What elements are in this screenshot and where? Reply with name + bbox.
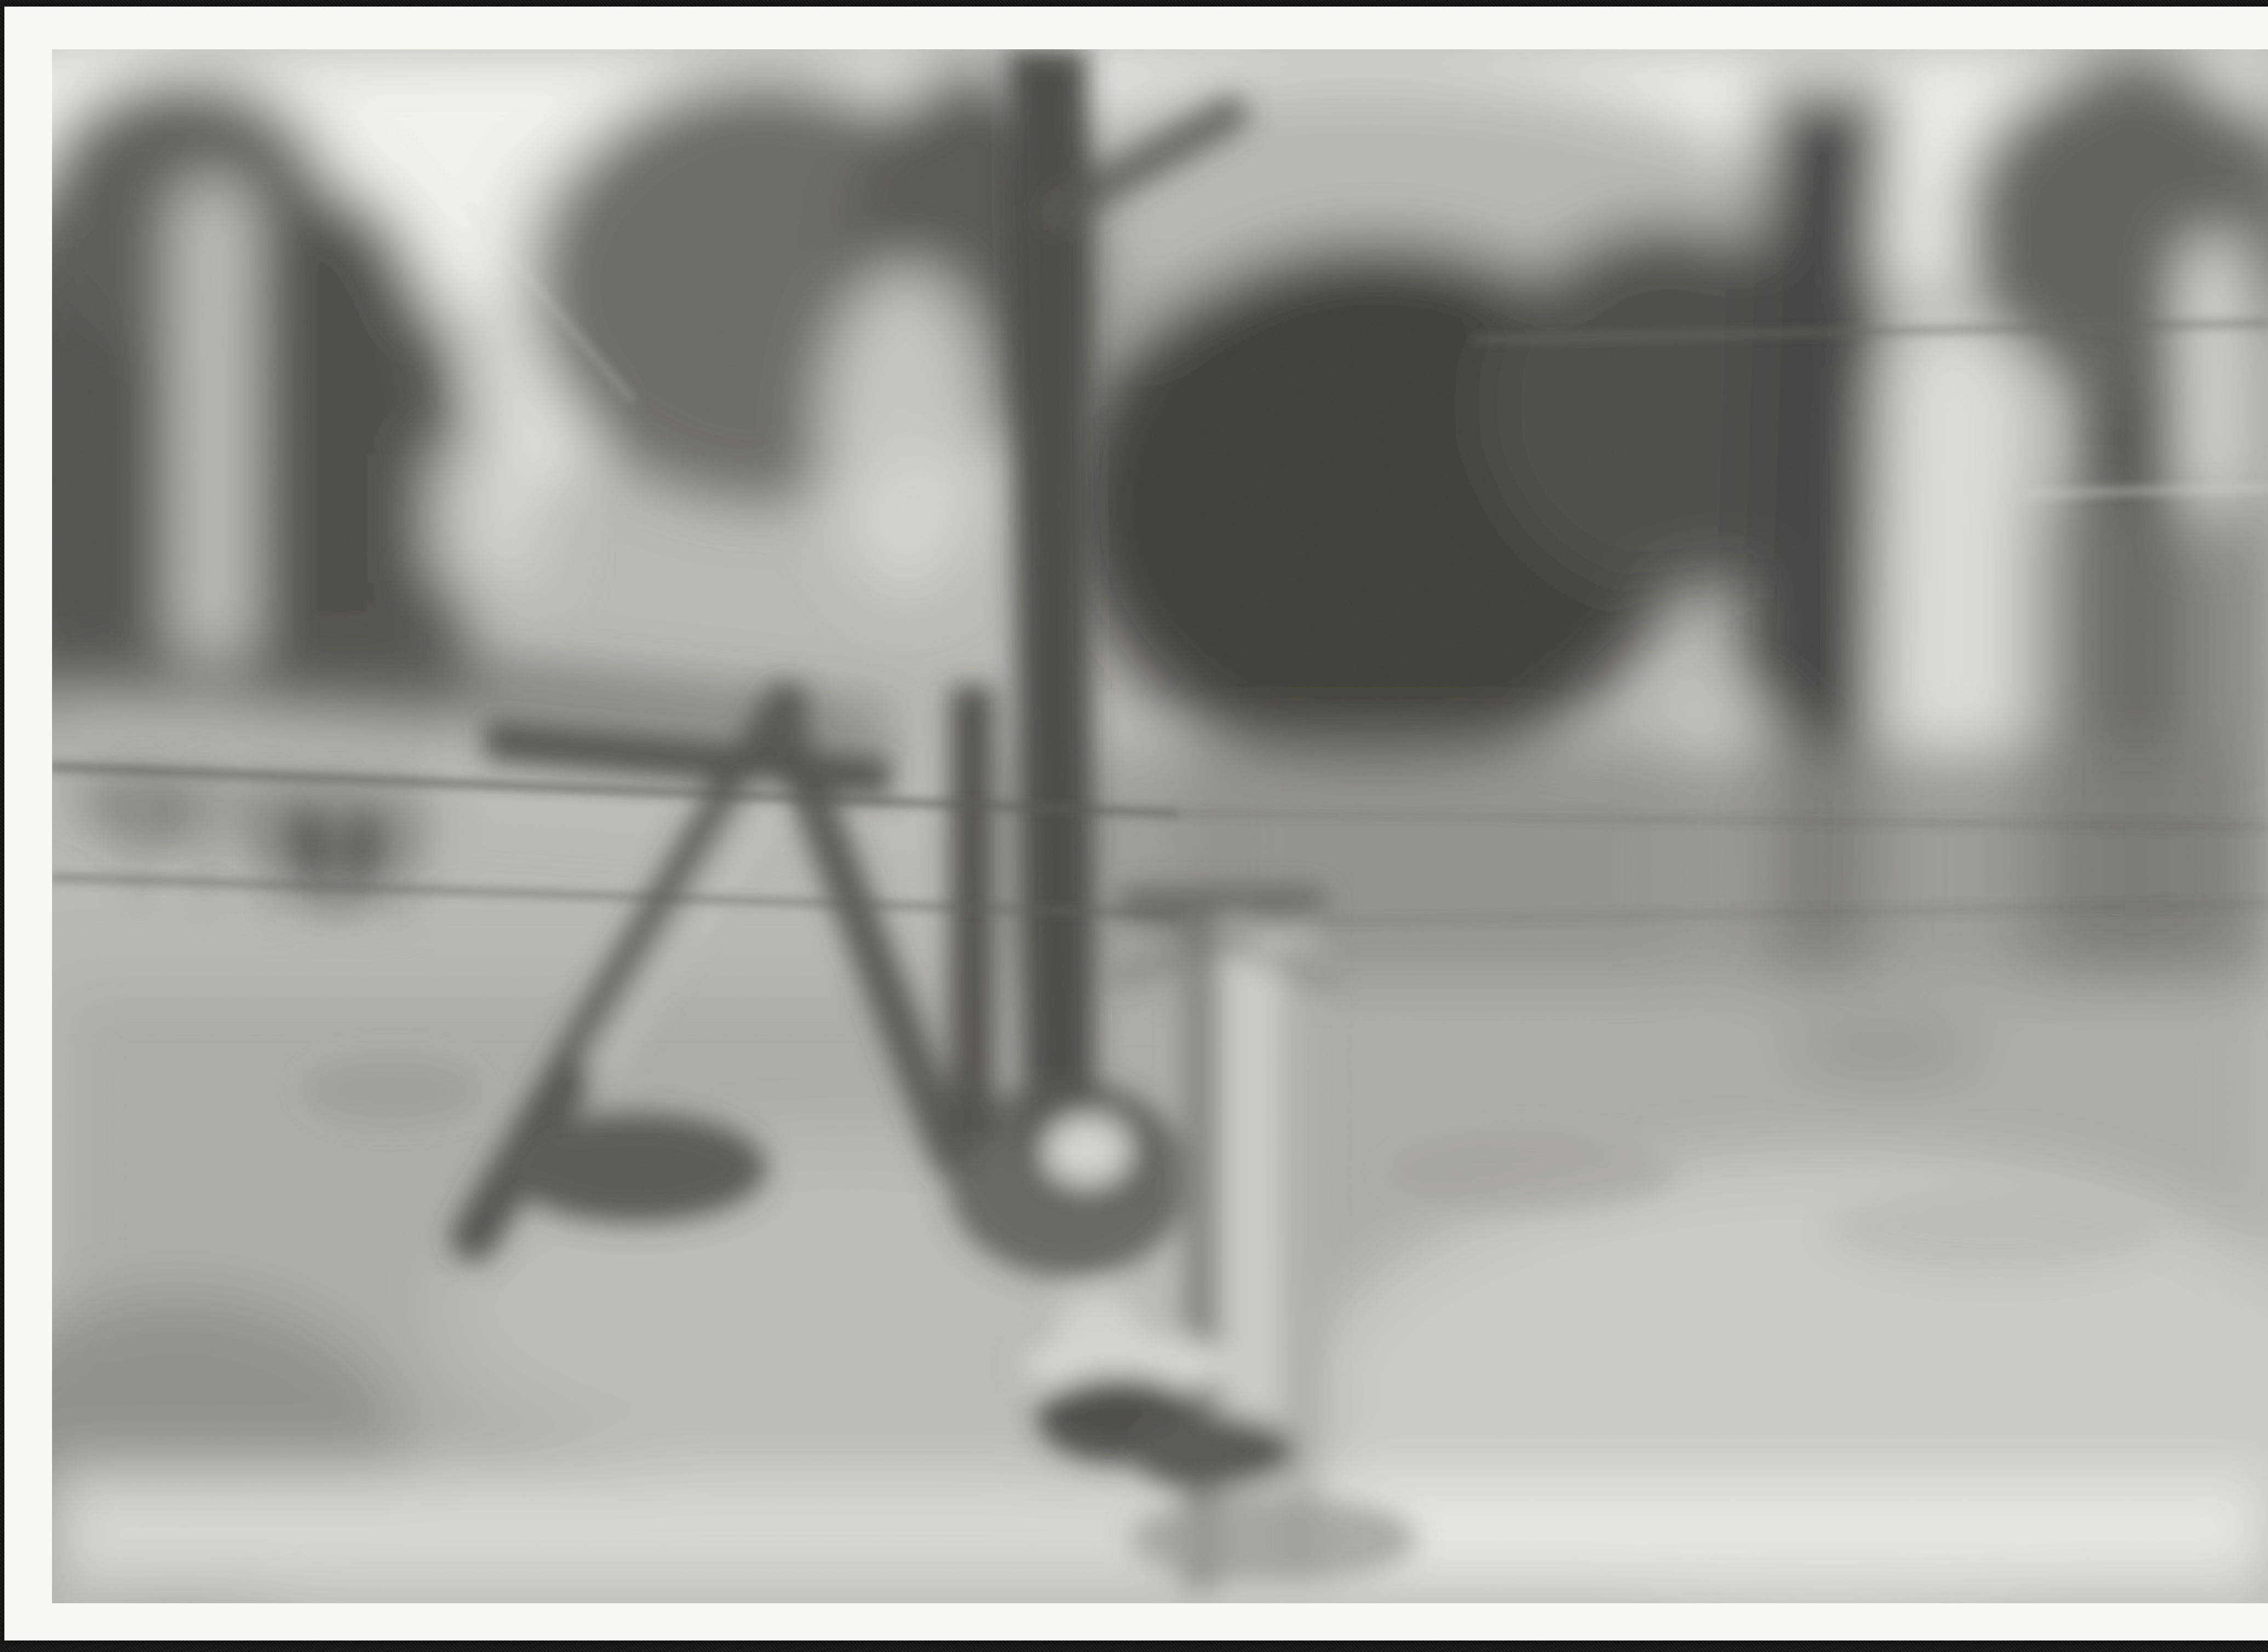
- blurry-photograph: [52, 49, 2268, 1603]
- film-grain-overlay: [52, 49, 2268, 1603]
- photo-print-border: [4, 7, 2268, 1640]
- scanner-mount-background: [0, 0, 2268, 1652]
- blurry-photo-svg: [52, 49, 2268, 1603]
